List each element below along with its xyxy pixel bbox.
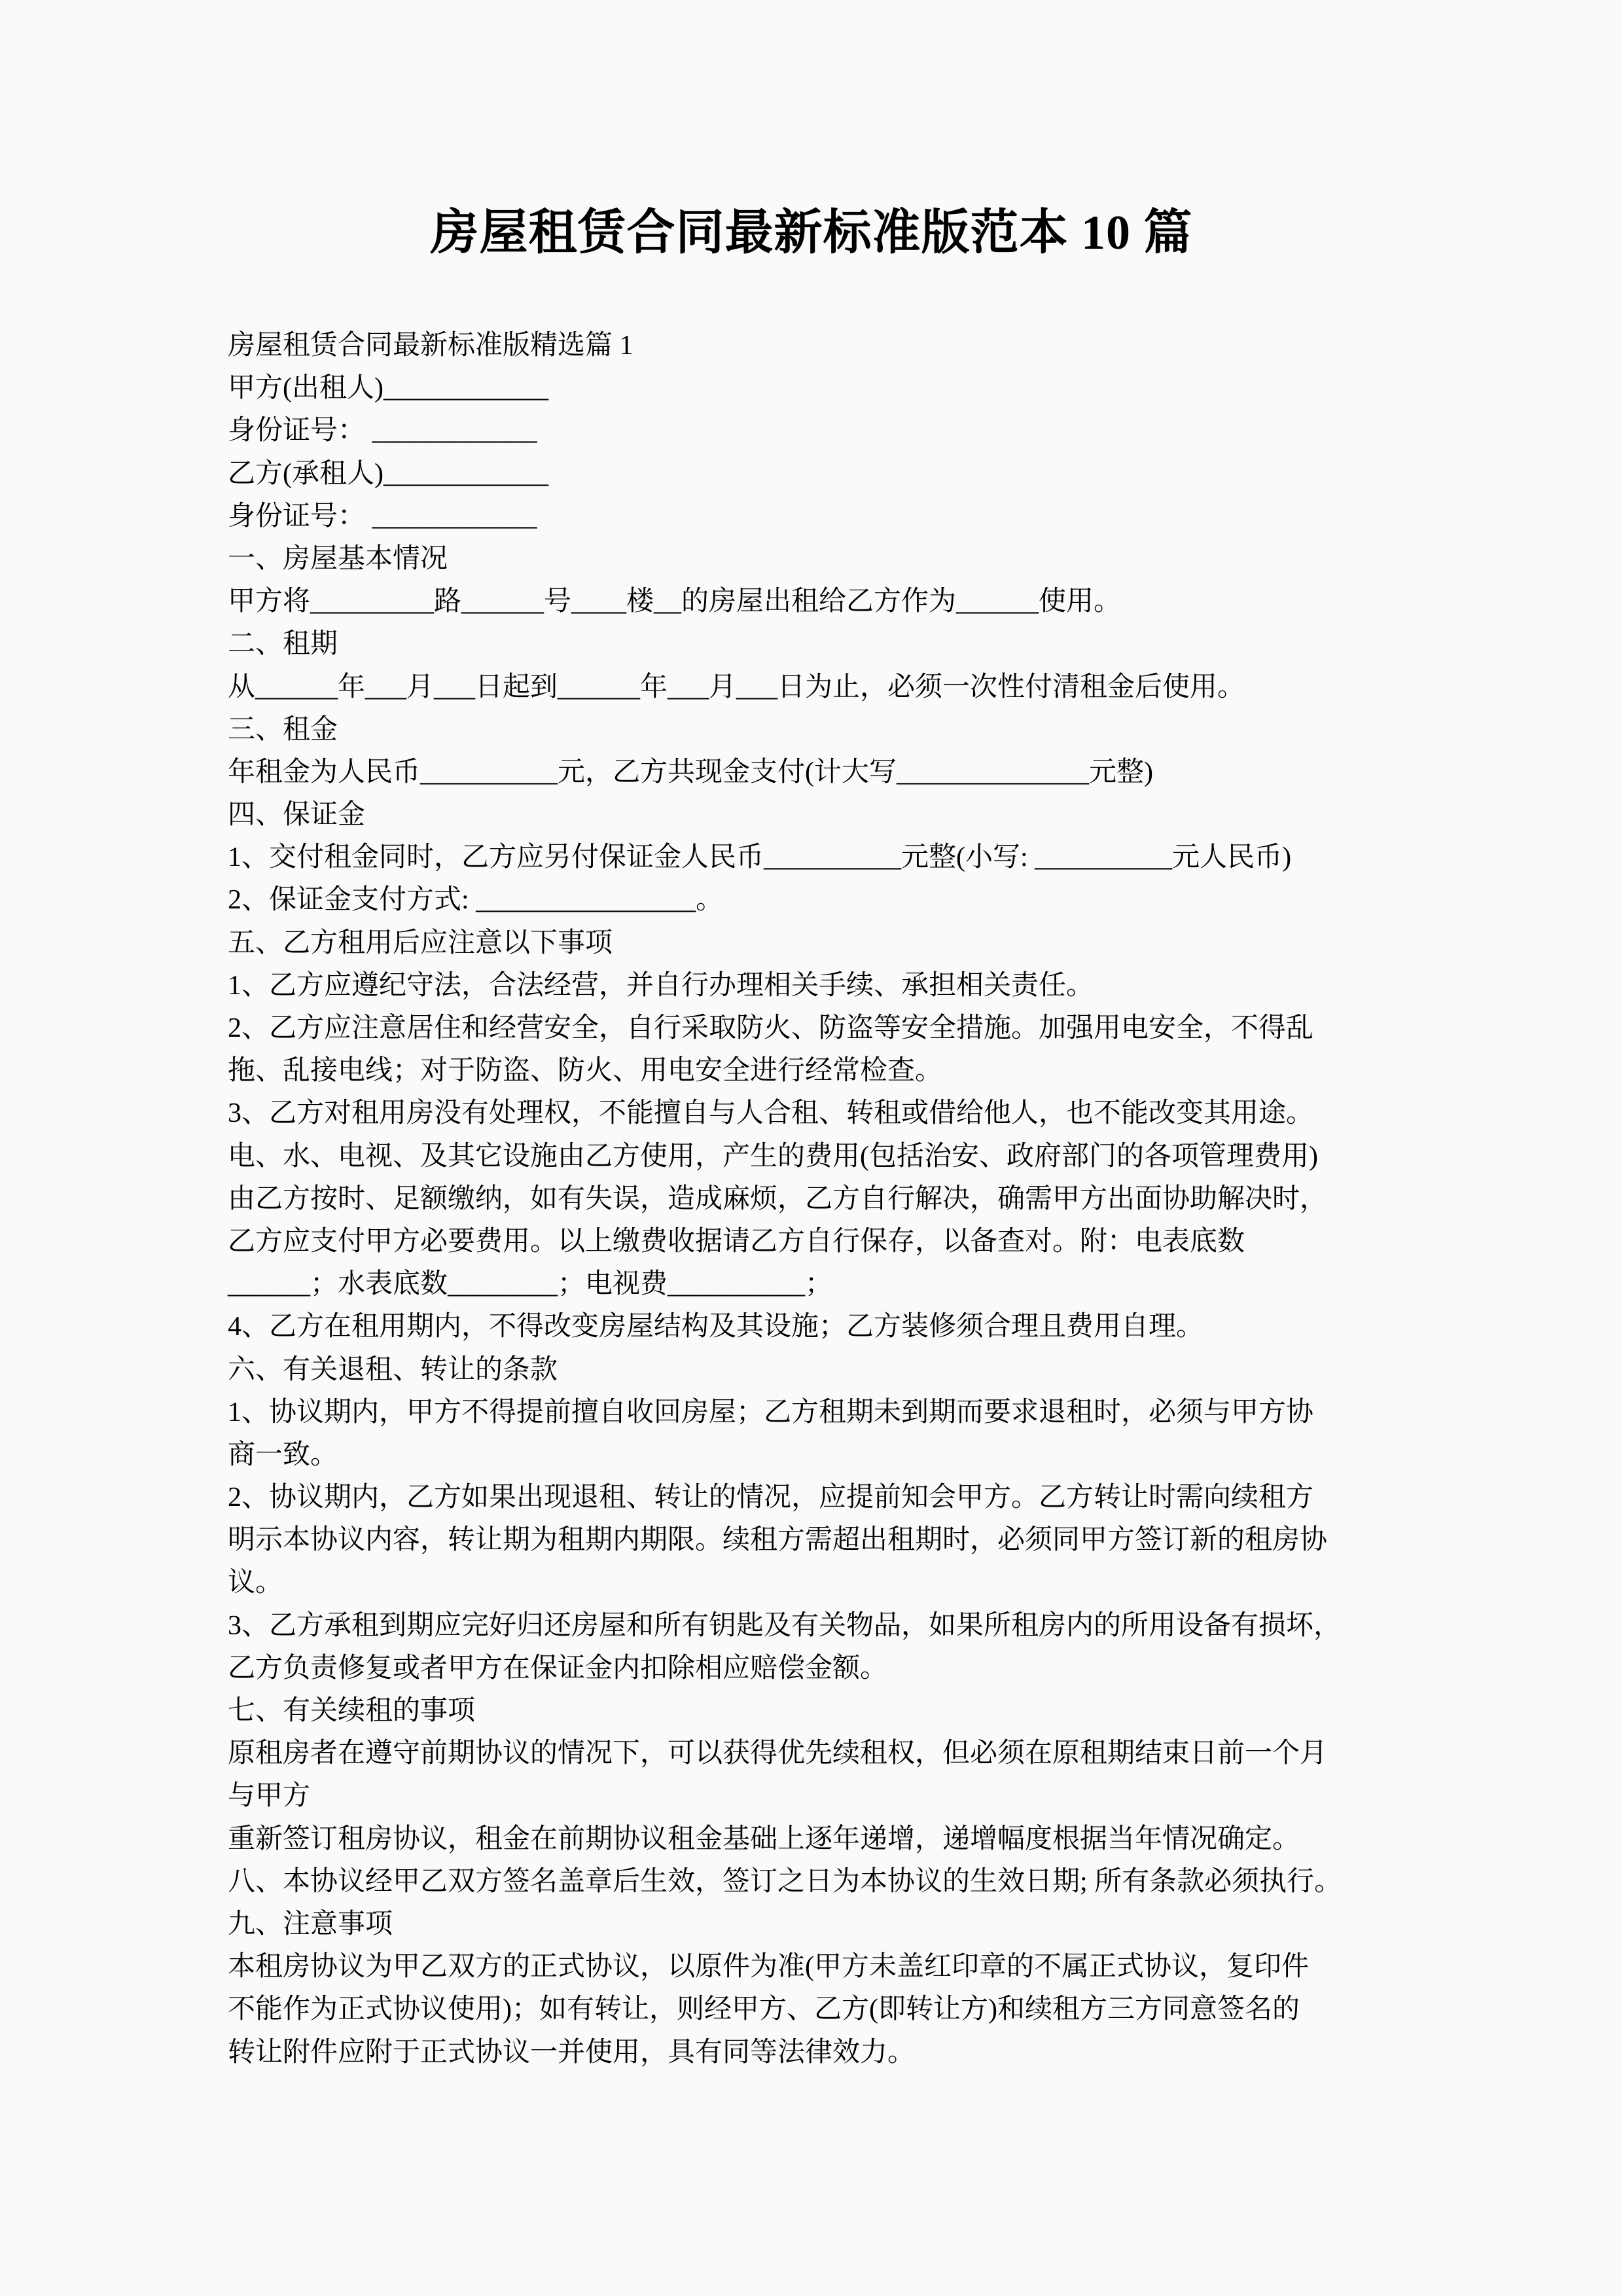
text-line: 身份证号： ____________ [228,410,1416,452]
text-line: 不能作为正式协议使用)；如有转让，则经甲方、乙方(即转让方)和续租方三方同意签名… [228,1988,1416,2031]
text-line: 六、有关退租、转让的条款 [228,1349,1416,1391]
text-line: 乙方(承租人)____________ [228,453,1416,495]
text-line: 1、交付租金同时，乙方应另付保证金人民币__________元整(小写: ___… [228,836,1416,879]
text-line: 议。 [228,1562,1416,1604]
text-line: 与甲方 [228,1775,1416,1818]
text-line: 本租房协议为甲乙双方的正式协议，以原件为准(甲方未盖红印章的不属正式协议，复印件 [228,1946,1416,1988]
text-line: 身份证号： ____________ [228,495,1416,538]
text-line: 转让附件应附于正式协议一并使用，具有同等法律效力。 [228,2032,1416,2074]
document-page: 房屋租赁合同最新标准版范本 10 篇 房屋租赁合同最新标准版精选篇 1甲方(出租… [0,0,1623,2296]
text-line: 二、租期 [228,623,1416,666]
text-line: 拖、乱接电线；对于防盗、防火、用电安全进行经常检查。 [228,1050,1416,1092]
text-line: 明示本协议内容，转让期为租期内期限。续租方需超出租期时，必须同甲方签订新的租房协 [228,1519,1416,1562]
text-line: 商一致。 [228,1434,1416,1477]
text-line: 三、租金 [228,709,1416,751]
text-line: 重新签订租房协议，租金在前期协议租金基础上逐年递增，递增幅度根据当年情况确定。 [228,1818,1416,1861]
text-line: 年租金为人民币__________元，乙方共现金支付(计大写__________… [228,751,1416,794]
text-line: 电、水、电视、及其它设施由乙方使用，产生的费用(包括治安、政府部门的各项管理费用… [228,1136,1416,1178]
text-line: 七、有关续租的事项 [228,1690,1416,1732]
text-line: 1、协议期内，甲方不得提前擅自收回房屋；乙方租期未到期而要求退租时，必须与甲方协 [228,1391,1416,1434]
text-line: 甲方(出租人)____________ [228,367,1416,410]
text-line: 2、乙方应注意居住和经营安全，自行采取防火、防盗等安全措施。加强用电安全，不得乱 [228,1007,1416,1050]
text-line: 四、保证金 [228,794,1416,836]
text-line: 4、乙方在租用期内，不得改变房屋结构及其设施；乙方装修须合理且费用自理。 [228,1306,1416,1348]
text-line: 3、乙方对租用房没有处理权，不能擅自与人合租、转租或借给他人，也不能改变其用途。 [228,1092,1416,1135]
text-line: 八、本协议经甲乙双方签名盖章后生效，签订之日为本协议的生效日期; 所有条款必须执… [228,1861,1416,1903]
text-line: 乙方应支付甲方必要费用。以上缴费收据请乙方自行保存，以备查对。附：电表底数 [228,1221,1416,1263]
text-line: 九、注意事项 [228,1903,1416,1946]
text-line: 乙方负责修复或者甲方在保证金内扣除相应赔偿金额。 [228,1647,1416,1690]
document-body: 房屋租赁合同最新标准版精选篇 1甲方(出租人)____________身份证号：… [228,325,1416,2074]
text-line: 五、乙方租用后应注意以下事项 [228,922,1416,965]
text-line: 由乙方按时、足额缴纳，如有失误，造成麻烦，乙方自行解决，确需甲方出面协助解决时， [228,1178,1416,1221]
text-line: 1、乙方应遵纪守法，合法经营，并自行办理相关手续、承担相关责任。 [228,965,1416,1007]
text-line: 从______年___月___日起到______年___月___日为止，必须一次… [228,666,1416,709]
text-line: 3、乙方承租到期应完好归还房屋和所有钥匙及有关物品，如果所租房内的所用设备有损坏… [228,1605,1416,1647]
text-line: ______；水表底数________；电视费__________； [228,1263,1416,1306]
text-line: 甲方将_________路______号____楼__的房屋出租给乙方作为___… [228,581,1416,623]
text-line: 2、协议期内，乙方如果出现退租、转让的情况，应提前知会甲方。乙方转让时需向续租方 [228,1477,1416,1519]
text-line: 房屋租赁合同最新标准版精选篇 1 [228,325,1416,367]
text-line: 一、房屋基本情况 [228,538,1416,581]
document-title: 房屋租赁合同最新标准版范本 10 篇 [0,204,1623,262]
text-line: 2、保证金支付方式: ________________。 [228,879,1416,922]
text-line: 原租房者在遵守前期协议的情况下，可以获得优先续租权，但必须在原租期结束日前一个月 [228,1732,1416,1775]
